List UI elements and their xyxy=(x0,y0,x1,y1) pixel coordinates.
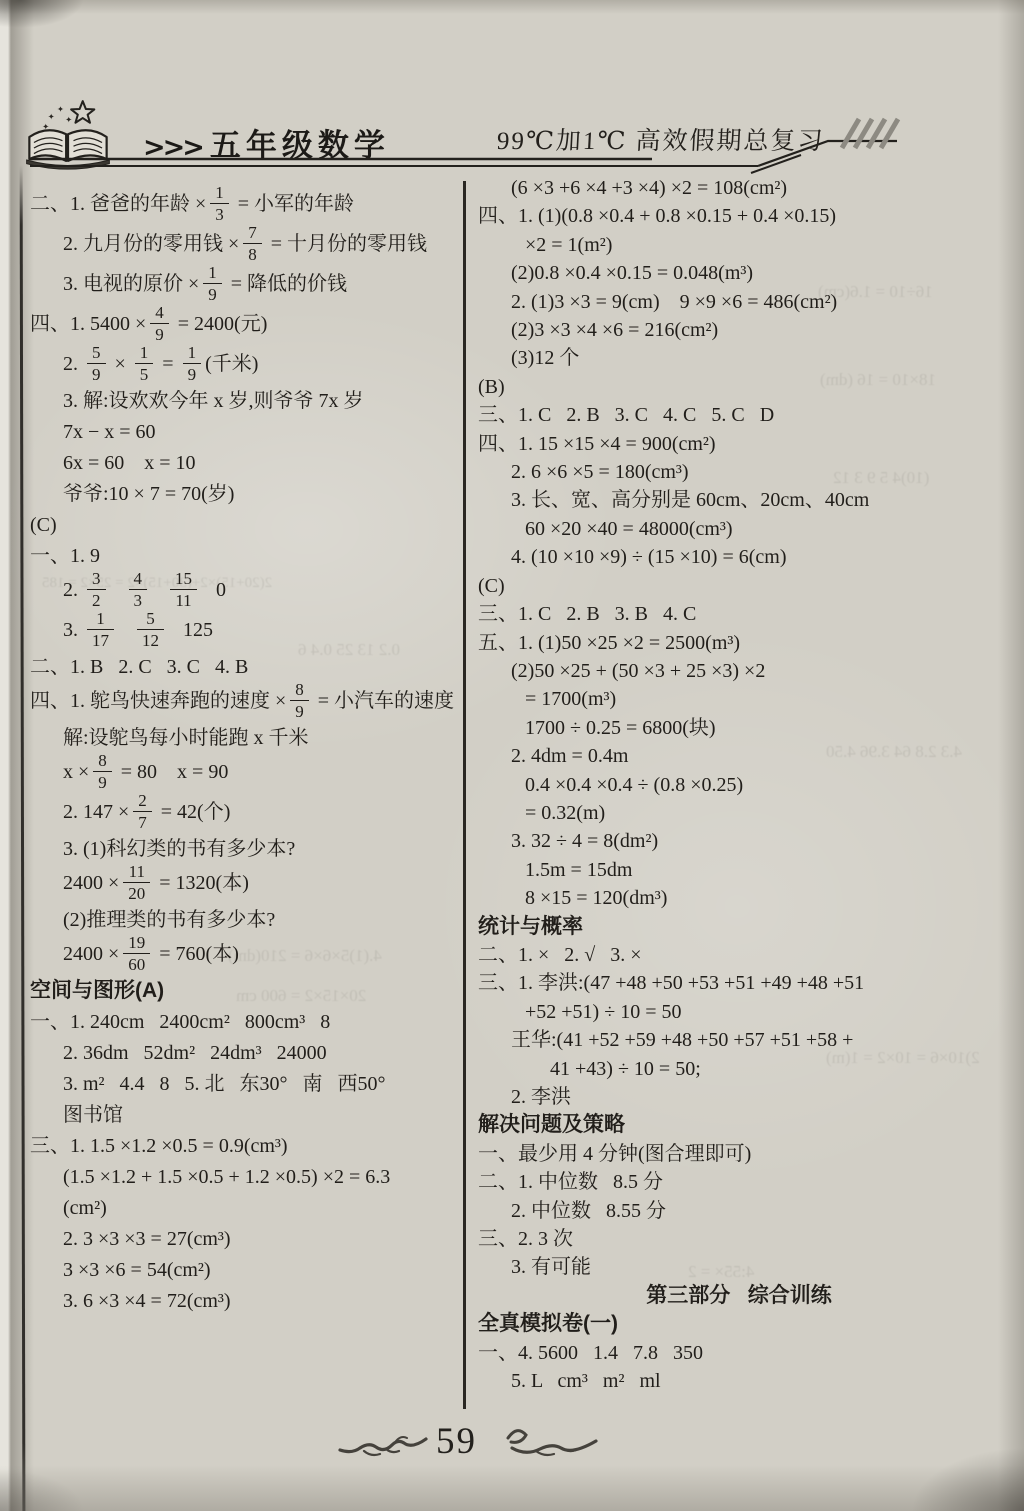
answer-line: (B) xyxy=(478,373,1000,401)
answer-line: 2. 李洪 xyxy=(478,1083,1000,1111)
answer-line: 三、1. 李洪:(47 +48 +50 +53 +51 +49 +48 +51 xyxy=(478,969,1000,997)
answer-line: (C) xyxy=(30,510,462,540)
answer-line: 2. (1)3 ×3 = 9(cm) 9 ×9 ×6 = 486(cm²) xyxy=(478,288,1000,316)
section-heading: 空间与图形(A) xyxy=(30,976,462,1006)
answer-line: 五、1. (1)50 ×25 ×2 = 2500(m³) xyxy=(478,629,1000,657)
answer-line: 3. 解:设欢欢今年 x 岁,则爷爷 7x 岁 xyxy=(30,386,462,416)
answer-line: 7x − x = 60 xyxy=(30,417,462,447)
answer-line: 1.5m = 15dm xyxy=(478,856,1000,884)
answer-line: 2. 147 ×27 = 42(个) xyxy=(30,794,462,833)
answer-line: = 0.32(m) xyxy=(478,799,1000,827)
answer-line: 四、1. 5400 ×49 = 2400(元) xyxy=(30,306,462,345)
answer-line: 6x = 60 x = 10 xyxy=(30,448,462,478)
answer-line: 2. 59 × 15 = 19(千米) xyxy=(30,346,462,385)
answer-line: 二、1. × 2. √ 3. × xyxy=(478,941,1000,969)
answer-line: 3. (1)科幻类的书有多少本? xyxy=(30,834,462,864)
fraction: 1960 xyxy=(123,934,150,973)
answer-line: 一、1. 240cm 2400cm² 800cm³ 8 xyxy=(30,1007,462,1037)
answer-line: 二、1. 爸爸的年龄 ×13 = 小军的年龄 xyxy=(30,186,462,225)
fraction: 43 xyxy=(129,570,148,609)
answer-line: 4. (10 ×10 ×9) ÷ (15 ×10) = 6(cm) xyxy=(478,543,1000,571)
answer-line: (2)0.8 ×0.4 ×0.15 = 0.048(m³) xyxy=(478,259,1000,287)
answer-line: = 1700(m³) xyxy=(478,685,1000,713)
answer-line: 3. 32 ÷ 4 = 8(dm²) xyxy=(478,827,1000,855)
answer-line: 四、1. 鸵鸟快速奔跑的速度 ×89 = 小汽车的速度 xyxy=(30,683,462,722)
fraction: 19 xyxy=(183,344,202,383)
page-spine-shadow xyxy=(20,165,26,1511)
answer-line: 1700 ÷ 0.25 = 6800(块) xyxy=(478,714,1000,742)
answer-line: ×2 = 1(m²) xyxy=(478,231,1000,259)
answer-line: 2. 3 ×3 ×3 = 27(cm³) xyxy=(30,1224,462,1254)
answer-line: 3. m² 4.4 8 5. 北 东30° 南 西50° xyxy=(30,1069,462,1099)
fraction: 32 xyxy=(87,570,106,609)
answer-line: 2. 中位数 8.55 分 xyxy=(478,1197,1000,1225)
answer-line: (2)3 ×3 ×4 ×6 = 216(cm²) xyxy=(478,316,1000,344)
answer-line: 0.4 ×0.4 ×0.4 ÷ (0.8 ×0.25) xyxy=(478,771,1000,799)
section-heading: 解决问题及策略 xyxy=(478,1111,1000,1139)
fraction: 27 xyxy=(133,792,152,831)
answer-line: 一、1. 9 xyxy=(30,541,462,571)
answer-line: (3)12 个 xyxy=(478,344,1000,372)
answer-line: 图书馆 xyxy=(30,1100,462,1130)
fraction: 19 xyxy=(203,264,222,303)
header-rule xyxy=(0,0,1024,200)
fraction: 49 xyxy=(150,304,169,343)
answer-line: (C) xyxy=(478,572,1000,600)
answer-line: 3. 电视的原价 ×19 = 降低的价钱 xyxy=(30,266,462,305)
answer-line: 2. 32 43 1511 0 xyxy=(30,572,462,611)
answer-line: 二、1. 中位数 8.5 分 xyxy=(478,1168,1000,1196)
answer-line: 3. 长、宽、高分别是 60cm、20cm、40cm xyxy=(478,486,1000,514)
answer-line: (1.5 ×1.2 + 1.5 ×0.5 + 1.2 ×0.5) ×2 = 6.… xyxy=(30,1162,462,1192)
answer-line: (2)推理类的书有多少本? xyxy=(30,905,462,935)
flourish-right-icon xyxy=(502,1422,598,1462)
answer-line: 3. 有可能 xyxy=(478,1253,1000,1281)
answer-line: 2. 4dm = 0.4m xyxy=(478,742,1000,770)
answer-line: 三、2. 3 次 xyxy=(478,1225,1000,1253)
page-number: 59 xyxy=(436,1420,477,1463)
answer-line: 60 ×20 ×40 = 48000(cm³) xyxy=(478,515,1000,543)
answer-line: 爷爷:10 × 7 = 70(岁) xyxy=(30,479,462,509)
fraction: 1511 xyxy=(170,570,197,609)
answer-line: 一、4. 5600 1.4 7.8 350 xyxy=(478,1339,1000,1367)
fraction: 512 xyxy=(137,610,164,649)
answer-line: 41 +43) ÷ 10 = 50; xyxy=(478,1055,1000,1083)
fraction: 59 xyxy=(87,344,106,383)
answer-line: 3. 117 512 125 xyxy=(30,612,462,651)
answer-line: 王华:(41 +52 +59 +48 +50 +57 +51 +58 + xyxy=(478,1026,1000,1054)
answer-line: (cm²) xyxy=(30,1193,462,1223)
answer-line: 3. 6 ×3 ×4 = 72(cm³) xyxy=(30,1286,462,1316)
fraction: 89 xyxy=(290,681,309,720)
answer-line: 2. 九月份的零用钱 ×78 = 十月份的零用钱 xyxy=(30,226,462,265)
answer-line: 三、1. C 2. B 3. C 4. C 5. C D xyxy=(478,401,1000,429)
section-heading: 全真模拟卷(一) xyxy=(478,1310,1000,1338)
fraction: 89 xyxy=(93,752,112,791)
fraction: 13 xyxy=(210,184,229,223)
fraction: 117 xyxy=(87,610,114,649)
section-heading: 第三部分 综合训练 xyxy=(478,1282,1000,1310)
answer-line: 2400 ×1120 = 1320(本) xyxy=(30,865,462,904)
answer-line: 2. 36dm 52dm² 24dm³ 24000 xyxy=(30,1038,462,1068)
left-answer-column: 二、1. 爸爸的年龄 ×13 = 小军的年龄2. 九月份的零用钱 ×78 = 十… xyxy=(30,186,462,1317)
answer-line: 一、最少用 4 分钟(图合理即可) xyxy=(478,1140,1000,1168)
answer-line: +52 +51) ÷ 10 = 50 xyxy=(478,998,1000,1026)
answer-line: 四、1. 15 ×15 ×4 = 900(cm²) xyxy=(478,430,1000,458)
answer-line: 2400 ×1960 = 760(本) xyxy=(30,936,462,975)
answer-line: 2. 6 ×6 ×5 = 180(cm³) xyxy=(478,458,1000,486)
answer-line: (2)50 ×25 + (50 ×3 + 25 ×3) ×2 xyxy=(478,657,1000,685)
page-header: ✦✦✦ ✦✦✦ >>>五年级数学 99℃加1℃ 高效假期总复习 xyxy=(0,0,1024,200)
answer-line: 3 ×3 ×6 = 54(cm²) xyxy=(30,1255,462,1285)
answer-line: 四、1. (1)(0.8 ×0.4 + 0.8 ×0.15 + 0.4 ×0.1… xyxy=(478,202,1000,230)
answer-line: 解:设鸵鸟每小时能跑 x 千米 xyxy=(30,723,462,753)
answer-line: 5. L cm³ m² ml xyxy=(478,1367,1000,1395)
answer-line: 二、1. B 2. C 3. C 4. B xyxy=(30,652,462,682)
fraction: 78 xyxy=(243,224,262,263)
fraction: 1120 xyxy=(123,863,150,902)
right-answer-column: (6 ×3 +6 ×4 +3 ×4) ×2 = 108(cm²)四、1. (1)… xyxy=(478,174,1000,1395)
section-heading: 统计与概率 xyxy=(478,913,1000,941)
flourish-left-icon xyxy=(338,1432,430,1460)
answer-line: 8 ×15 = 120(dm³) xyxy=(478,884,1000,912)
answer-line: 三、1. C 2. B 3. B 4. C xyxy=(478,600,1000,628)
answer-line: (6 ×3 +6 ×4 +3 ×4) ×2 = 108(cm²) xyxy=(478,174,1000,202)
workbook-answer-page: 16÷10 = 1.6(cm)18×10 = 16 (dm)(10)4 5 9 … xyxy=(0,0,1024,1511)
fraction: 15 xyxy=(135,344,154,383)
column-divider xyxy=(463,181,466,1409)
answer-line: x ×89 = 80 x = 90 xyxy=(30,754,462,793)
answer-line: 三、1. 1.5 ×1.2 ×0.5 = 0.9(cm³) xyxy=(30,1131,462,1161)
